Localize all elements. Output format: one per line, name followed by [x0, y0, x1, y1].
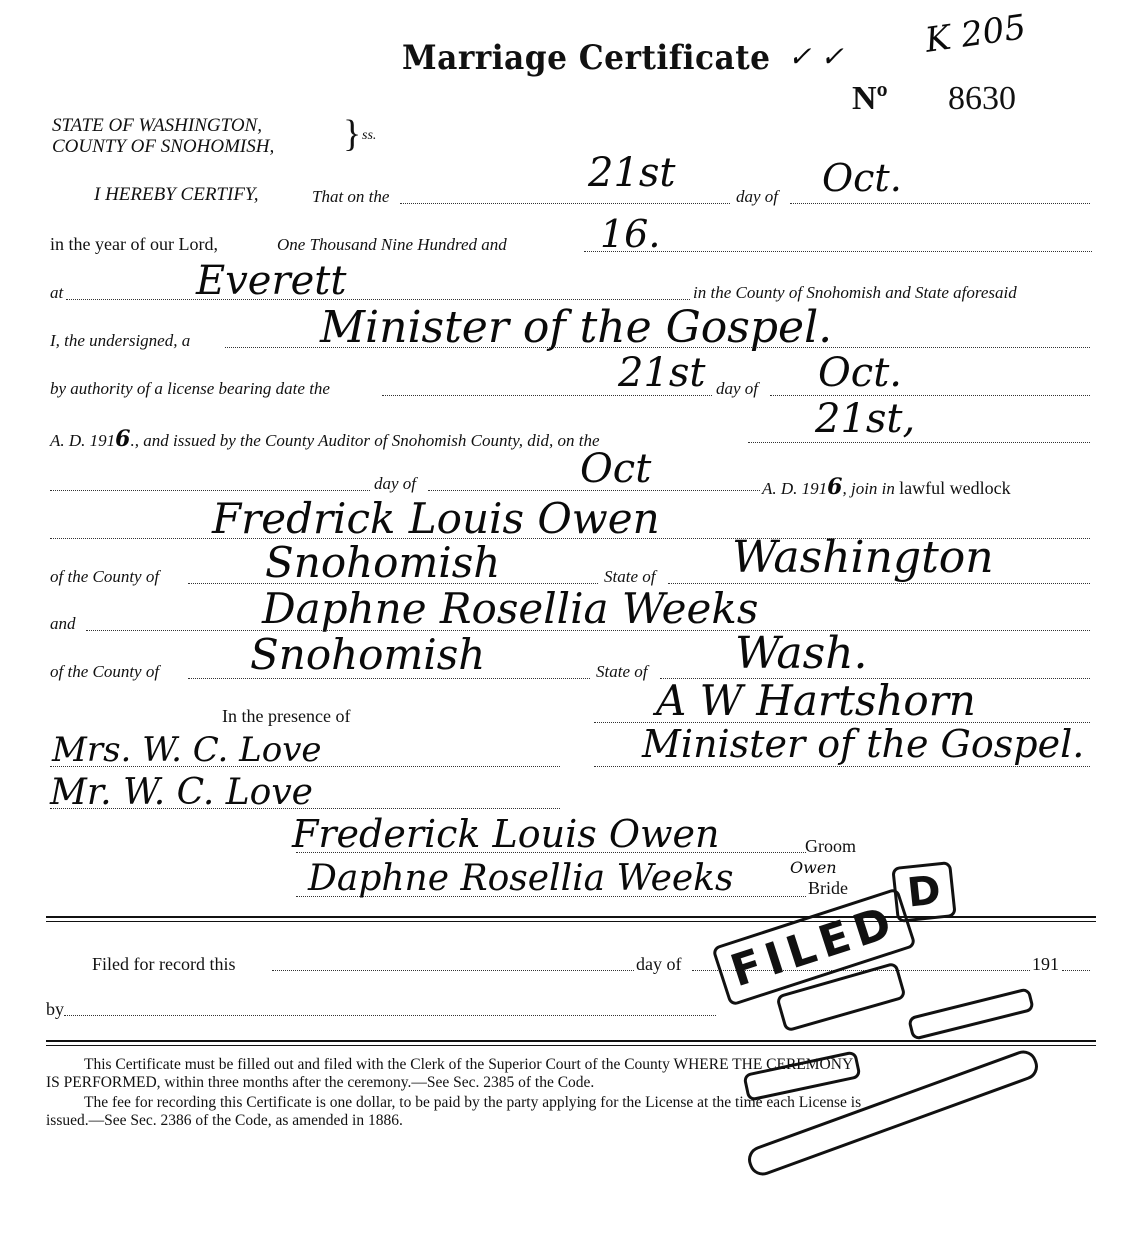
license-day-field[interactable]: 21st [618, 350, 706, 396]
year-label: in the year of our Lord, [50, 234, 218, 255]
groom-signature[interactable]: Frederick Louis Owen [292, 812, 720, 856]
wedlock-line: A. D. 1916, join in lawful wedlock [762, 474, 1011, 500]
fee-instructions-line-2: issued.—See Sec. 2386 of the Code, as am… [46, 1112, 403, 1130]
divider [46, 916, 1096, 918]
year-prefix-label: 191 [1032, 954, 1059, 975]
year-italic-label: One Thousand Nine Hundred and [277, 235, 507, 255]
join-in-label: , join in [842, 479, 894, 498]
year-field[interactable]: 16. [600, 212, 660, 256]
brace-icon: } [343, 114, 361, 154]
ad-line: A. D. 1916., and issued by the County Au… [50, 426, 600, 452]
ad-prefix: A. D. 191 [50, 431, 115, 450]
filing-instructions-line-2: IS PERFORMED, within three months after … [46, 1074, 594, 1092]
bride-state-field[interactable]: Wash. [735, 628, 868, 679]
bride-label: Bride [808, 878, 848, 899]
divider [46, 1045, 1096, 1046]
bride-name-field[interactable]: Daphne Rosellia Weeks [262, 584, 758, 633]
certificate-title: Marriage Certificate [402, 38, 770, 78]
day-of-label: day of [716, 379, 758, 399]
groom-county-field[interactable]: Snohomish [265, 538, 500, 587]
day-of-label: day of [736, 187, 778, 207]
k-annotation: K 205 [923, 7, 1029, 61]
day-of-label: day of [636, 954, 681, 975]
stamp-fragment [907, 987, 1035, 1041]
dotted-line [748, 442, 1090, 443]
by-label: by [46, 999, 64, 1020]
dotted-line [272, 970, 634, 971]
fee-instructions-line-1: The fee for recording this Certificate i… [84, 1094, 861, 1112]
certify-prefix: I HEREBY CERTIFY, [94, 185, 259, 205]
officiant-signature[interactable]: A W Hartshorn [656, 676, 976, 725]
certify-text: That on the [312, 187, 389, 207]
office-field[interactable]: Minister of the Gospel. [320, 302, 832, 353]
county-of-label: of the County of [50, 567, 159, 587]
groom-label: Groom [805, 836, 856, 857]
day-field[interactable]: 21st [588, 150, 676, 196]
dotted-line [64, 1015, 716, 1016]
check-marks: ✓ ✓ [788, 40, 844, 73]
number-label: Nº [852, 80, 888, 118]
divider [46, 921, 1096, 922]
certificate-number: 8630 [948, 80, 1016, 118]
state-line: STATE OF WASHINGTON, [52, 116, 262, 136]
filing-instructions-line-1: This Certificate must be filled out and … [84, 1056, 853, 1074]
groom-name-field[interactable]: Fredrick Louis Owen [212, 494, 660, 543]
undersigned-label: I, the undersigned, a [50, 331, 190, 351]
dotted-line [66, 299, 690, 300]
witness-2-signature[interactable]: Mr. W. C. Love [50, 772, 313, 813]
ad-year-digit[interactable]: 6 [115, 426, 130, 452]
ceremony-day-field[interactable]: 21st, [815, 396, 915, 442]
ceremony-year-digit[interactable]: 6 [827, 474, 842, 500]
ss-label: ss. [362, 128, 376, 144]
month-field[interactable]: Oct. [822, 156, 902, 200]
filed-for-record-label: Filed for record this [92, 954, 235, 975]
ceremony-month-field[interactable]: Oct [580, 446, 651, 492]
state-of-label: State of [596, 662, 647, 682]
dotted-line [790, 203, 1090, 204]
bride-signature[interactable]: Daphne Rosellia Weeks [308, 858, 733, 899]
lawful-wedlock-label: lawful wedlock [899, 478, 1010, 498]
at-label: at [50, 283, 63, 303]
officiant-title[interactable]: Minister of the Gospel. [642, 722, 1084, 766]
and-label: and [50, 614, 76, 634]
dotted-line [400, 203, 730, 204]
divider [46, 1040, 1096, 1042]
auditor-text: ., and issued by the County Auditor of S… [130, 431, 599, 450]
bride-owen-annotation: Owen [790, 858, 837, 877]
license-label: by authority of a license bearing date t… [50, 379, 330, 399]
license-month-field[interactable]: Oct. [818, 350, 902, 396]
presence-label: In the presence of [222, 706, 350, 727]
dotted-line [1062, 970, 1090, 971]
bride-county-field[interactable]: Snohomish [250, 630, 485, 679]
county-state-text: in the County of Snohomish and State afo… [693, 283, 1017, 303]
day-of-label: day of [374, 474, 416, 494]
groom-state-field[interactable]: Washington [732, 532, 994, 583]
dotted-line [594, 766, 1090, 767]
dotted-line [50, 490, 370, 491]
witness-1-signature[interactable]: Mrs. W. C. Love [52, 730, 322, 770]
county-of-label: of the County of [50, 662, 159, 682]
place-field[interactable]: Everett [196, 258, 346, 304]
ad-label: A. D. 191 [762, 479, 827, 498]
county-line: COUNTY OF SNOHOMISH, [52, 137, 274, 157]
